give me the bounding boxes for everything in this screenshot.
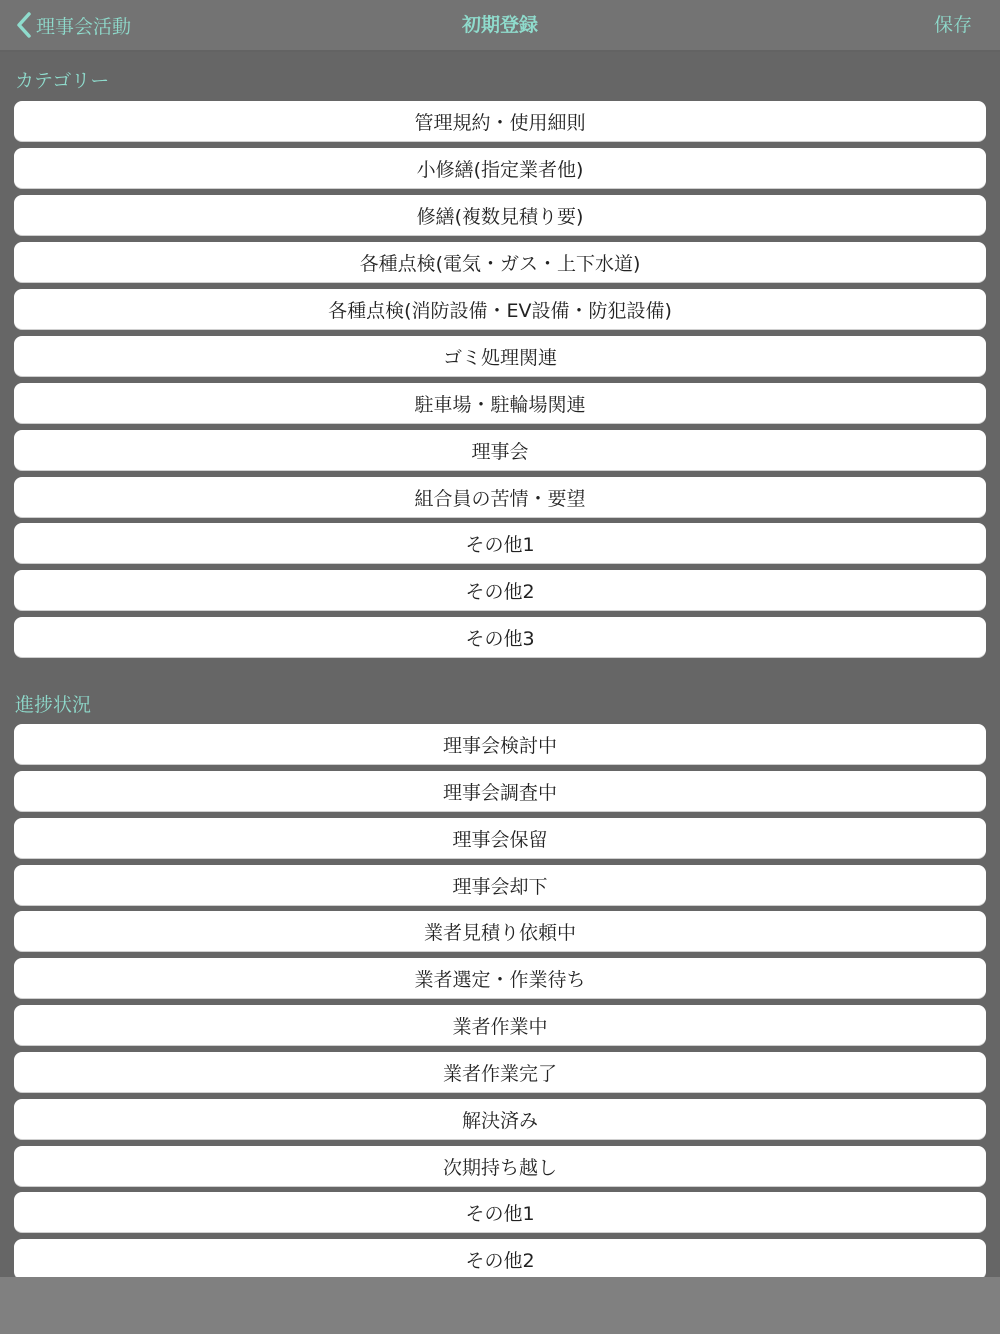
- category-item[interactable]: その他3: [14, 617, 986, 657]
- category-item[interactable]: 駐車場・駐輪場関連: [14, 383, 986, 423]
- progress-item[interactable]: 解決済み: [14, 1099, 986, 1139]
- category-item[interactable]: 組合員の苦情・要望: [14, 477, 986, 517]
- page-title: 初期登録: [0, 10, 1000, 37]
- category-item[interactable]: ゴミ処理関連: [14, 336, 986, 376]
- section-header-progress: 進捗状況: [15, 690, 91, 717]
- progress-item[interactable]: 次期持ち越し: [14, 1146, 986, 1186]
- progress-item[interactable]: 業者見積り依頼中: [14, 911, 986, 951]
- chevron-left-icon: [16, 11, 32, 39]
- save-button[interactable]: 保存: [934, 10, 972, 37]
- category-item[interactable]: 各種点検(消防設備・EV設備・防犯設備): [14, 289, 986, 329]
- category-item[interactable]: 各種点検(電気・ガス・上下水道): [14, 242, 986, 282]
- progress-item[interactable]: 理事会検討中: [14, 724, 986, 764]
- progress-item[interactable]: 業者作業完了: [14, 1052, 986, 1092]
- category-item[interactable]: 管理規約・使用細則: [14, 101, 986, 141]
- progress-item[interactable]: 業者選定・作業待ち: [14, 958, 986, 998]
- back-button[interactable]: 理事会活動: [16, 8, 131, 42]
- bottom-toolbar: [0, 1277, 1000, 1334]
- progress-item[interactable]: 理事会保留: [14, 818, 986, 858]
- category-item[interactable]: 理事会: [14, 430, 986, 470]
- navigation-bar: 理事会活動 初期登録 保存: [0, 0, 1000, 52]
- settings-list[interactable]: カテゴリー 管理規約・使用細則 小修繕(指定業者他) 修繕(複数見積り要) 各種…: [0, 54, 1000, 1277]
- category-item[interactable]: 修繕(複数見積り要): [14, 195, 986, 235]
- progress-item[interactable]: その他2: [14, 1239, 986, 1277]
- category-item[interactable]: 小修繕(指定業者他): [14, 148, 986, 188]
- progress-item[interactable]: その他1: [14, 1192, 986, 1232]
- back-button-label: 理事会活動: [36, 12, 131, 39]
- category-item[interactable]: その他1: [14, 523, 986, 563]
- category-item[interactable]: その他2: [14, 570, 986, 610]
- progress-item[interactable]: 業者作業中: [14, 1005, 986, 1045]
- section-header-category: カテゴリー: [15, 66, 109, 93]
- progress-item[interactable]: 理事会調査中: [14, 771, 986, 811]
- progress-item[interactable]: 理事会却下: [14, 865, 986, 905]
